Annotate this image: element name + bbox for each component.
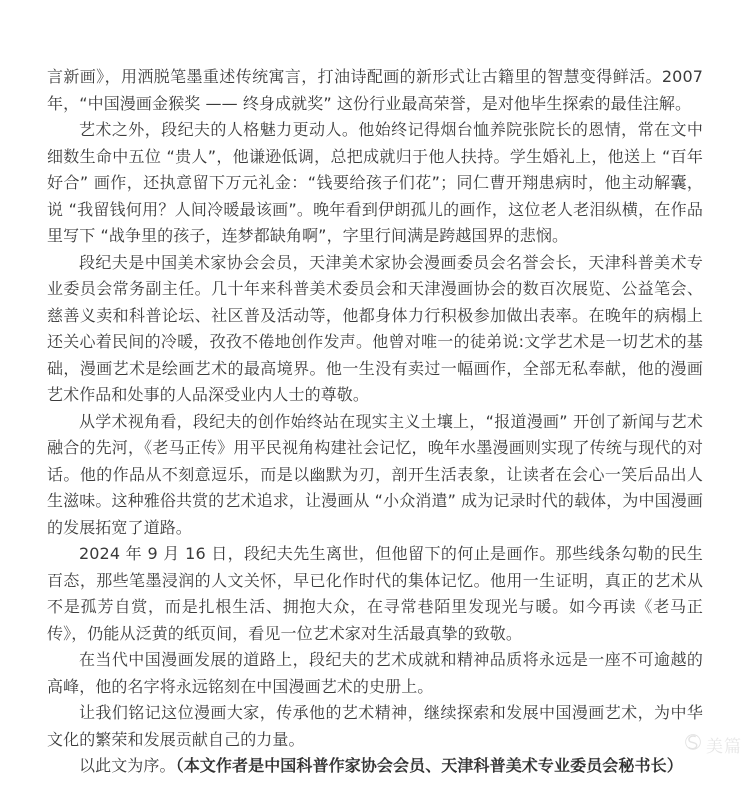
paragraph-2: 艺术之外，段纪夫的人格魅力更动人。他始终记得烟台恤养院张院长的恩情，常在文中细数…	[47, 117, 703, 250]
paragraph-4: 从学术视角看，段纪夫的创作始终站在现实主义土壤上，“报道漫画” 开创了新闻与艺术…	[47, 409, 703, 542]
closing-text: 以此文为序。	[79, 756, 176, 775]
watermark-label: 美篇	[706, 732, 742, 757]
paragraph-7: 让我们铭记这位漫画大家，传承他的艺术精神，继续探索和发展中国漫画艺术，为中华文化…	[47, 700, 703, 753]
paragraph-1: 言新画》，用洒脱笔墨重述传统寓言，打油诗配画的新形式让古籍里的智慧变得鲜活。20…	[47, 64, 703, 117]
paragraph-3: 段纪夫是中国美术家协会会员，天津美术家协会漫画委员会名誉会长，天津科普美术专业委…	[47, 250, 703, 409]
paragraph-5: 2024 年 9 月 16 日，段纪夫先生离世，但他留下的何止是画作。那些线条勾…	[47, 541, 703, 647]
meipian-logo-icon	[684, 733, 702, 756]
article-body: 言新画》，用洒脱笔墨重述传统寓言，打油诗配画的新形式让古籍里的智慧变得鲜活。20…	[47, 64, 703, 780]
paragraph-6: 在当代中国漫画发展的道路上，段纪夫的艺术成就和精神品质将永远是一座不可逾越的高峰…	[47, 647, 703, 700]
author-note: （本文作者是中国科普作家协会会员、天津科普美术专业委员会秘书长）	[176, 756, 683, 775]
meipian-watermark: 美篇	[684, 732, 742, 757]
closing-paragraph: 以此文为序。（本文作者是中国科普作家协会会员、天津科普美术专业委员会秘书长）	[47, 753, 703, 780]
